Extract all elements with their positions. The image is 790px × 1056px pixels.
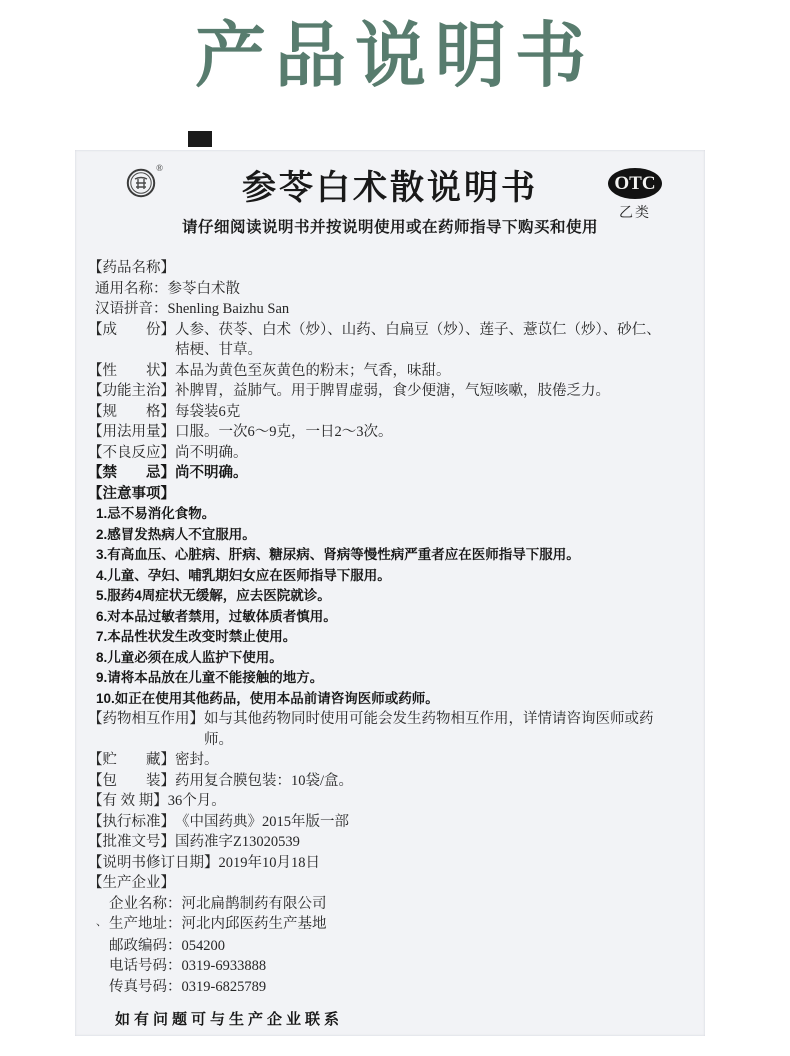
- section-packaging: 【包 装】 药用复合膜包装：10袋/盒。: [88, 771, 666, 792]
- precaution-item: 3.有高血压、心脏病、肝病、糖尿病、肾病等慢性病严重者应在医师指导下服用。: [88, 545, 666, 566]
- section-specification: 【规 格】 每袋装6克: [88, 402, 666, 423]
- section-drug-name-label: 【药品名称】: [88, 258, 666, 279]
- precaution-item: 10.如正在使用其他药品，使用本品前请咨询医师或药师。: [88, 689, 666, 710]
- section-revision-date: 【说明书修订日期】 2019年10月18日: [88, 853, 666, 874]
- manufacturer-postcode: 邮政编码：054200: [88, 936, 666, 957]
- registered-trademark-mark: ®: [156, 163, 163, 173]
- precaution-item: 8.儿童必须在成人监护下使用。: [88, 648, 666, 669]
- drug-pinyin: 汉语拼音：Shenling Baizhu San: [88, 299, 666, 320]
- precaution-item: 4.儿童、孕妇、哺乳期妇女应在医师指导下服用。: [88, 566, 666, 587]
- leaflet-header: ® 参苓白术散说明书 OTC 乙类: [75, 150, 705, 210]
- drug-generic-name: 通用名称：参苓白术散: [88, 279, 666, 300]
- footer-note: 如有问题可与生产企业联系: [88, 1010, 666, 1031]
- precaution-item: 9.请将本品放在儿童不能接触的地方。: [88, 668, 666, 689]
- precaution-item: 1.忌不易消化食物。: [88, 504, 666, 525]
- precaution-item: 6.对本品过敏者禁用，过敏体质者慎用。: [88, 607, 666, 628]
- section-precautions-label: 【注意事项】: [88, 484, 666, 505]
- manufacturer-phone: 电话号码：0319-6933888: [88, 956, 666, 977]
- print-registration-mark: [188, 131, 212, 147]
- section-approval-number: 【批准文号】 国药准字Z13020539: [88, 832, 666, 853]
- section-dosage: 【用法用量】 口服。一次6～9克，一日2～3次。: [88, 422, 666, 443]
- section-contraindications: 【禁 忌】 尚不明确。: [88, 463, 666, 484]
- otc-category: 乙类: [607, 202, 663, 222]
- page-title: 产品说明书: [0, 18, 790, 96]
- section-storage: 【贮 藏】 密封。: [88, 750, 666, 771]
- section-indications: 【功能主治】 补脾胃，益肺气。用于脾胃虚弱，食少便溏，气短咳嗽，肢倦乏力。: [88, 381, 666, 402]
- precaution-item: 2.感冒发热病人不宜服用。: [88, 525, 666, 546]
- brand-seal-icon: ®: [125, 164, 165, 204]
- manufacturer-name: 企业名称：河北扁鹊制药有限公司: [88, 894, 666, 915]
- precaution-item: 7.本品性状发生改变时禁止使用。: [88, 627, 666, 648]
- section-properties: 【性 状】 本品为黄色至灰黄色的粉末；气香，味甜。: [88, 361, 666, 382]
- otc-badge: OTC 乙类: [607, 168, 663, 222]
- section-drug-interactions: 【药物相互作用】 如与其他药物同时使用可能会发生药物相互作用，详情请咨询医师或药…: [88, 709, 666, 750]
- otc-label: OTC: [608, 168, 662, 199]
- section-composition: 【成 份】 人参、茯苓、白术（炒）、山药、白扁豆（炒）、莲子、薏苡仁（炒）、砂仁…: [88, 320, 666, 361]
- section-shelf-life: 【有 效 期】 36个月。: [88, 791, 666, 812]
- leaflet-paper: ® 参苓白术散说明书 OTC 乙类 请仔细阅读说明书并按说明使用或在药师指导下购…: [75, 150, 705, 1036]
- section-adverse-reactions: 【不良反应】 尚不明确。: [88, 443, 666, 464]
- leaflet-content: 【药品名称】 通用名称：参苓白术散 汉语拼音：Shenling Baizhu S…: [88, 258, 666, 1031]
- section-manufacturer-label: 【生产企业】: [88, 873, 666, 894]
- section-standard: 【执行标准】 《中国药典》2015年版一部: [88, 812, 666, 833]
- manufacturer-address: 、生产地址：河北内邱医药生产基地: [88, 914, 666, 936]
- precaution-item: 5.服药4周症状无缓解，应去医院就诊。: [88, 586, 666, 607]
- manufacturer-fax: 传真号码：0319-6825789: [88, 977, 666, 998]
